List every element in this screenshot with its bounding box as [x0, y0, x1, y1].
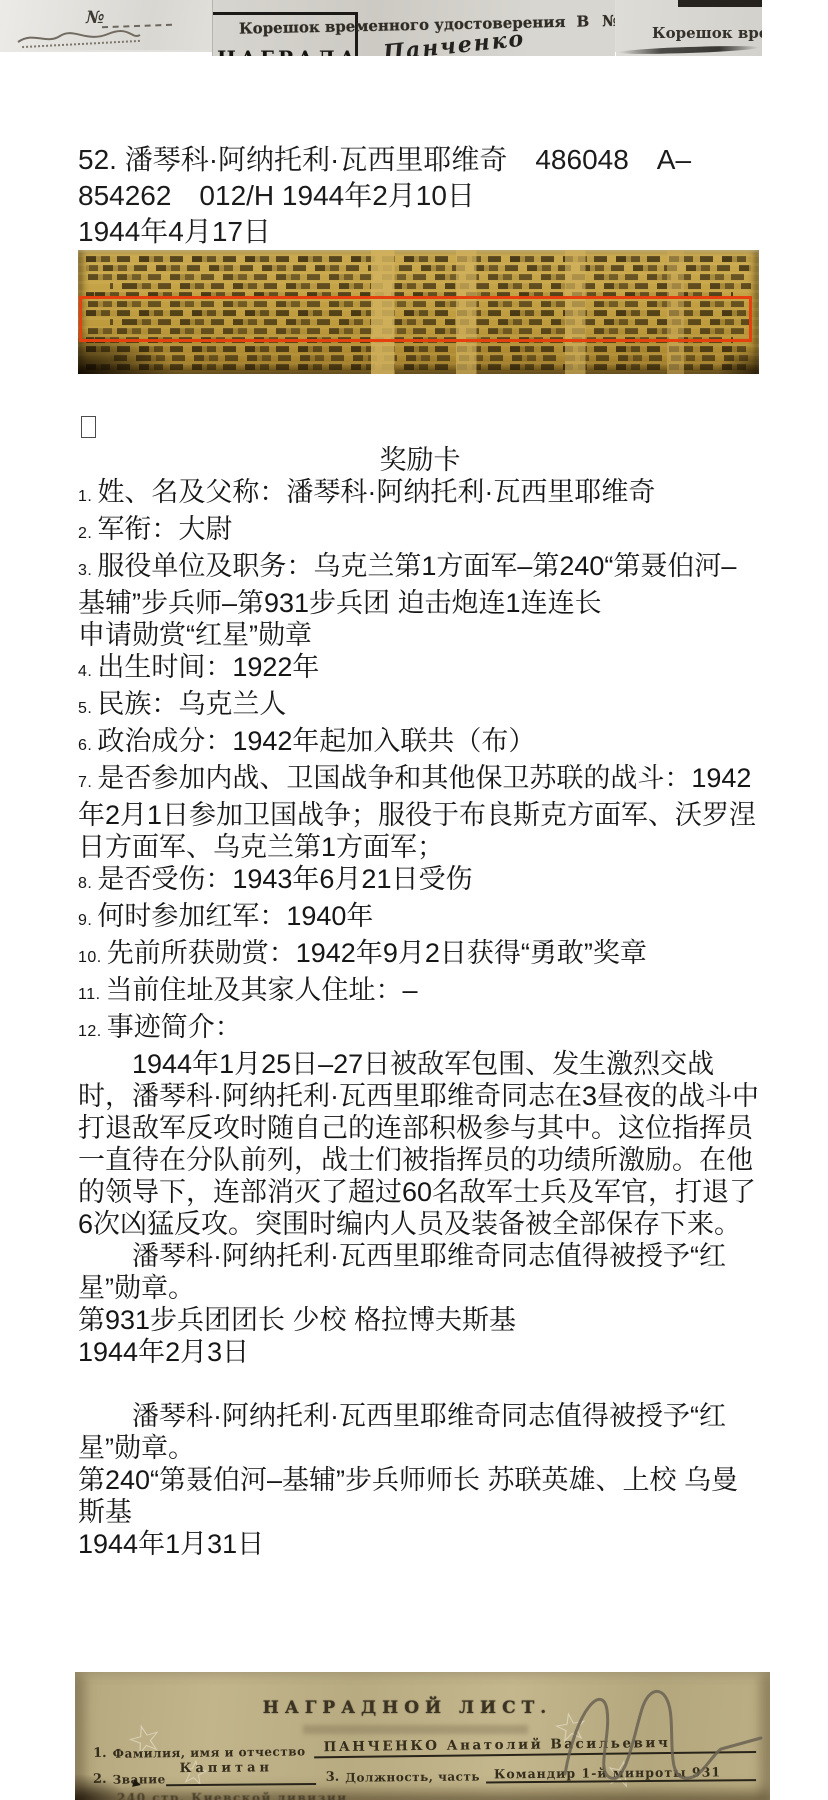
pencil-signature-squiggle [551, 1676, 766, 1791]
card-paragraph: 潘琴科·阿纳托利·瓦西里耶维奇同志值得被授予“红星”勋章。 [78, 1240, 762, 1304]
top-certificate-stub-scan: № НАГРАДА Корешок временного удостоверен… [0, 0, 828, 56]
entry-number: 1. [78, 488, 92, 505]
handwriting-squiggle [14, 28, 144, 48]
entry-number: 10. [78, 949, 102, 966]
card-entry: 9.何时参加红军：1940年 [78, 900, 762, 937]
entry-number: 7. [78, 774, 92, 791]
card-entry: 10.先前所获勋赏：1942年9月2日获得“勇敢”奖章 [78, 937, 762, 974]
card-paragraph: 第931步兵团团长 少校 格拉博夫斯基 [78, 1304, 762, 1336]
ledger-scan [78, 250, 759, 374]
card-entry: 5.民族：乌克兰人 [78, 688, 762, 725]
card-paragraph: 潘琴科·阿纳托利·瓦西里耶维奇同志值得被授予“红星”勋章。 [78, 1400, 762, 1464]
scan-shadow-corner [75, 1774, 127, 1800]
catalog-header-line-2: 1944年4月17日 [78, 214, 762, 250]
stub-series-letter: В [576, 12, 589, 30]
entry-number: 11. [78, 986, 101, 1003]
ink-smudge [618, 45, 759, 56]
card-entry: 8.是否受伤：1943年6月21日受伤 [78, 863, 762, 900]
stub-fragment-left: № [0, 0, 212, 50]
faded-stamp-smudge [303, 1725, 528, 1734]
document-page: № НАГРАДА Корешок временного удостоверен… [0, 0, 828, 1800]
stub-fragment-center: НАГРАДА Корешок временного удостоверения… [212, 0, 615, 56]
highlight-box [79, 296, 752, 342]
entry-number: 2. [78, 525, 92, 542]
award-card: 奖励卡 1.姓、名及父称：潘琴科·阿纳托利·瓦西里耶维奇2.军衔：大尉3.服役单… [78, 444, 762, 1560]
card-entry: 11.当前住址及其家人住址：– [78, 974, 762, 1011]
card-entry: 12.事迹简介： [78, 1011, 762, 1048]
entry-number: 12. [78, 1023, 102, 1040]
card-entry: 1.姓、名及父称：潘琴科·阿纳托利·瓦西里耶维奇 [78, 476, 762, 513]
rank-typed-text: Капитан [180, 1760, 274, 1776]
card-paragraphs: 1944年1月25日–27日被敌军包围、发生激烈交战时，潘琴科·阿纳托利·瓦西里… [78, 1048, 762, 1560]
scan-dark-edge [678, 0, 762, 7]
entry-number: 8. [78, 875, 92, 892]
card-paragraph: 第240“第聂伯河–基辅”步兵师师长 苏联英雄、上校 乌曼斯基 [78, 1464, 762, 1528]
right-stub-text: Корешок вре [652, 24, 762, 42]
card-entry: 3.服役单位及职务：乌克兰第1方面军–第240“第聂伯河–基辅”步兵师–第931… [78, 550, 762, 619]
card-paragraph: 1944年1月31日 [78, 1528, 762, 1560]
card-entry: 2.军衔：大尉 [78, 513, 762, 550]
field-label: Должность, часть [345, 1770, 480, 1785]
entry-number: 6. [78, 737, 92, 754]
entry-number: 3. [78, 562, 92, 579]
entry-number: 4. [78, 663, 92, 680]
catalog-header-line-1: 52. 潘琴科·阿纳托利·瓦西里耶维奇 486048 A–854262 012/… [78, 142, 762, 214]
card-entry: 7.是否参加内战、卫国战争和其他保卫苏联的战斗：1942年2月1日参加卫国战争；… [78, 762, 762, 863]
card-entry: 申请勋赏“红星”勋章 [78, 619, 762, 651]
card-entry: 4.出生时间：1922年 [78, 651, 762, 688]
catalog-header: 52. 潘琴科·阿纳托利·瓦西里耶维奇 486048 A–854262 012/… [78, 142, 762, 250]
field-number: 1. [93, 1746, 107, 1761]
field-value-rank: Капитан [166, 1767, 316, 1786]
ink-arrow-mark [132, 1779, 142, 1789]
field-label: Фамилия, имя и отчество [113, 1744, 306, 1760]
award-stamp-label: НАГРАДА [217, 46, 359, 56]
entry-number: 5. [78, 700, 92, 717]
card-entries: 1.姓、名及父称：潘琴科·阿纳托利·瓦西里耶维奇2.军衔：大尉3.服役单位及职务… [78, 476, 762, 1048]
card-entry: 6.政治成分：1942年起加入联共（布） [78, 725, 762, 762]
stub-fragment-right: Корешок вре [616, 0, 762, 56]
field-number: 3. [326, 1770, 340, 1785]
card-paragraph: 1944年1月25日–27日被敌军包围、发生激烈交战时，潘琴科·阿纳托利·瓦西里… [78, 1048, 762, 1240]
blank-line [78, 1368, 762, 1400]
missing-glyph-placeholder [81, 416, 96, 438]
entry-number: 9. [78, 912, 92, 929]
clipped-bottom-line: 240 стр. Киевской дивизии [117, 1791, 348, 1800]
scan-shadow-corner [719, 348, 759, 374]
stub-number: № 367775 [602, 10, 615, 30]
award-sheet-scan: ☆ ☆ ☆ ☆ НАГРАДНОЙ ЛИСТ. 1. Фамилия, имя … [75, 1672, 770, 1800]
award-card-title: 奖励卡 [78, 444, 762, 476]
card-paragraph: 1944年2月3日 [78, 1336, 762, 1368]
number-sign-label: № [86, 8, 104, 28]
